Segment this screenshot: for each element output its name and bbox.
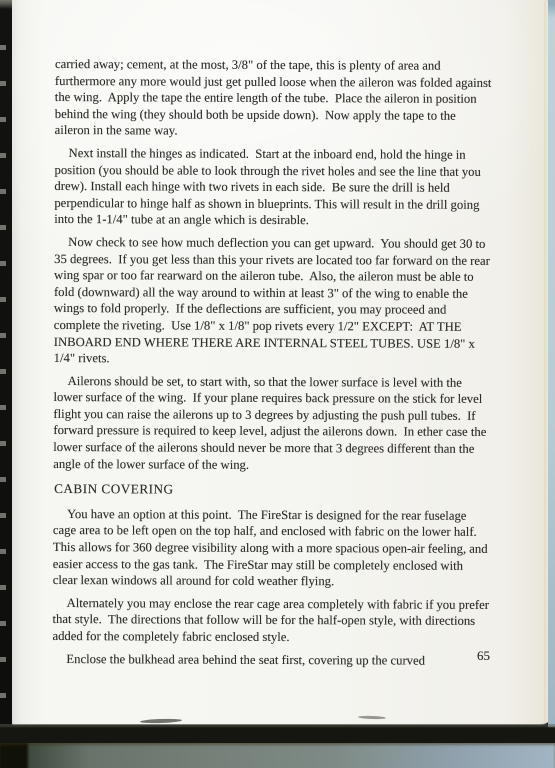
paragraph-hinge-install: Next install the hinges as indicated. St… [54,145,491,230]
paragraph-deflection-check: Now check to see how much deflection you… [54,234,492,369]
paragraph-aileron-setting: Ailerons should be set, to start with, s… [53,373,490,474]
scanner-background-band [0,724,555,743]
book-spine-binding [0,0,12,726]
table-surface-band [0,743,555,768]
paragraph-alternate-enclosure: Alternately you may enclose the rear cag… [52,595,489,647]
paragraph-bulkhead-start: Enclose the bulkhead area behind the sea… [52,651,489,670]
scanned-book-page: carried away; cement, at the most, 3/8" … [0,0,555,768]
section-heading-cabin-covering: CABIN COVERING [54,481,490,499]
page-text-column: carried away; cement, at the most, 3/8" … [52,56,492,675]
paragraph-tape-cementing: carried away; cement, at the most, 3/8" … [55,56,492,141]
scanner-edge-strip [548,0,555,768]
page-paper: carried away; cement, at the most, 3/8" … [11,0,549,725]
paragraph-covering-option: You have an option at this point. The Fi… [53,506,490,591]
page-number: 65 [477,648,490,664]
